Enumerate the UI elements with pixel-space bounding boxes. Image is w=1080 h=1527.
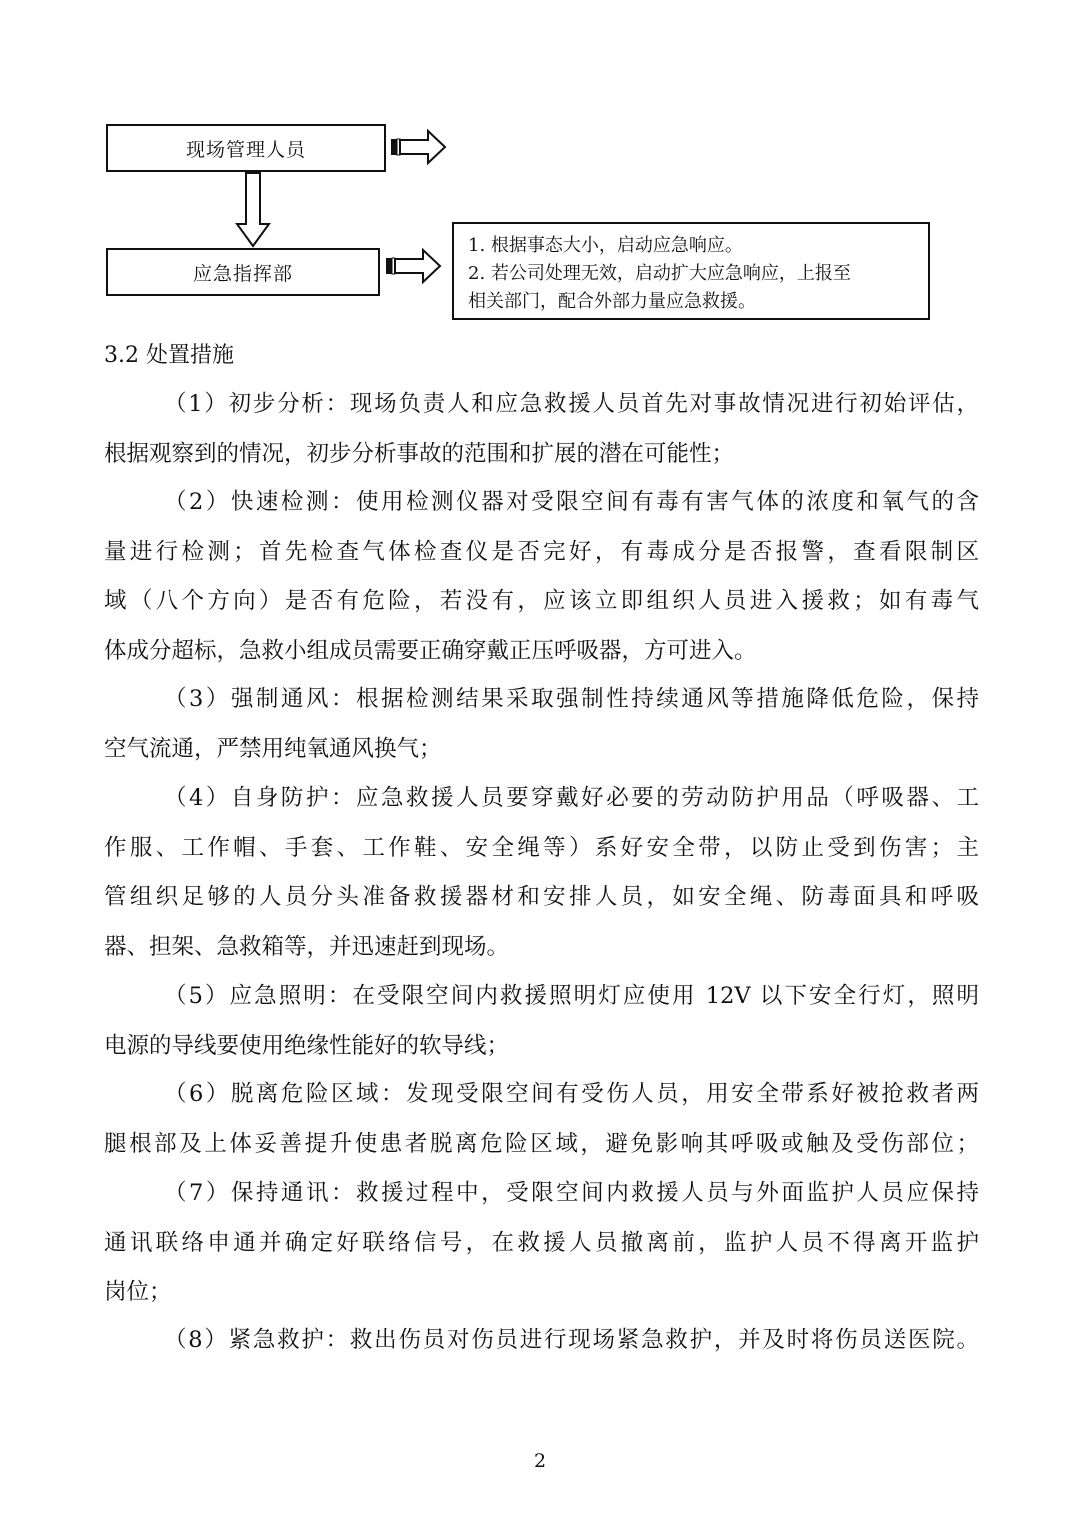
note-line: 相关部门，配合外部力量应急救援。 (468, 288, 918, 316)
paragraph-line: 根据观察到的情况，初步分析事故的范围和扩展的潜在可能性； (104, 430, 979, 480)
right-arrow-icon (385, 247, 443, 285)
paragraph-line: （1）初步分析：现场负责人和应急救援人员首先对事故情况进行初始评估， (104, 380, 979, 430)
paragraph-line: 量进行检测；首先检查气体检查仪是否完好，有毒成分是否报警，查看限制区 (104, 528, 979, 578)
flowchart-box-label: 现场管理人员 (186, 135, 306, 162)
paragraph-line: 岗位； (104, 1268, 979, 1318)
page-number: 2 (0, 1450, 1080, 1472)
paragraph-line: 空气流通，严禁用纯氧通风换气； (104, 725, 979, 775)
note-line: 1. 根据事态大小，启动应急响应。 (468, 232, 918, 260)
flowchart-box-emergency-command: 应急指挥部 (106, 248, 380, 296)
paragraph-line: （4）自身防护：应急救援人员要穿戴好必要的劳动防护用品（呼吸器、工 (104, 774, 979, 824)
paragraph-line: 域（八个方向）是否有危险，若没有，应该立即组织人员进入援救；如有毒气 (104, 577, 979, 627)
paragraph-3: （3）强制通风：根据检测结果采取强制性持续通风等措施降低危险，保持 空气流通，严… (104, 675, 979, 774)
paragraph-8: （8）紧急救护：救出伤员对伤员进行现场紧急救护，并及时将伤员送医院。 (104, 1316, 979, 1366)
paragraph-line: 腿根部及上体妥善提升使患者脱离危险区域，避免影响其呼吸或触及受伤部位； (104, 1120, 979, 1170)
paragraph-line: 管组织足够的人员分头准备救援器材和安排人员，如安全绳、防毒面具和呼吸 (104, 873, 979, 923)
paragraph-line: （8）紧急救护：救出伤员对伤员进行现场紧急救护，并及时将伤员送医院。 (104, 1316, 979, 1366)
paragraph-line: （6）脱离危险区域：发现受限空间有受伤人员，用安全带系好被抢救者两 (104, 1070, 979, 1120)
paragraph-line: （2）快速检测：使用检测仪器对受限空间有毒有害气体的浓度和氧气的含 (104, 478, 979, 528)
right-arrow-icon (390, 128, 448, 166)
flowchart-box-label: 应急指挥部 (193, 259, 293, 286)
document-page: 现场管理人员 应急指挥部 1. 根据事态大小，启动应急响应。 2. 若公司处理无… (0, 0, 1080, 1527)
paragraph-7: （7）保持通讯：救援过程中，受限空间内救援人员与外面监护人员应保持 通讯联络申通… (104, 1169, 979, 1318)
section-heading: 3.2 处置措施 (104, 338, 234, 369)
paragraph-line: （5）应急照明：在受限空间内救援照明灯应使用 12V 以下安全行灯，照明 (104, 972, 979, 1022)
flowchart-box-site-manager: 现场管理人员 (106, 124, 386, 172)
paragraph-line: 通讯联络申通并确定好联络信号，在救援人员撤离前，监护人员不得离开监护 (104, 1219, 979, 1269)
down-arrow-icon (234, 172, 272, 248)
paragraph-line: （3）强制通风：根据检测结果采取强制性持续通风等措施降低危险，保持 (104, 675, 979, 725)
paragraph-2: （2）快速检测：使用检测仪器对受限空间有毒有害气体的浓度和氧气的含 量进行检测；… (104, 478, 979, 676)
paragraph-1: （1）初步分析：现场负责人和应急救援人员首先对事故情况进行初始评估， 根据观察到… (104, 380, 979, 479)
paragraph-line: 器、担架、急救箱等，并迅速赶到现场。 (104, 923, 979, 973)
paragraph-line: 电源的导线要使用绝缘性能好的软导线； (104, 1022, 979, 1072)
paragraph-line: 作服、工作帽、手套、工作鞋、安全绳等）系好安全带，以防止受到伤害；主 (104, 824, 979, 874)
paragraph-line: （7）保持通讯：救援过程中，受限空间内救援人员与外面监护人员应保持 (104, 1169, 979, 1219)
paragraph-6: （6）脱离危险区域：发现受限空间有受伤人员，用安全带系好被抢救者两 腿根部及上体… (104, 1070, 979, 1169)
note-line: 2. 若公司处理无效，启动扩大应急响应，上报至 (468, 260, 918, 288)
flowchart-note-box: 1. 根据事态大小，启动应急响应。 2. 若公司处理无效，启动扩大应急响应，上报… (452, 222, 930, 320)
paragraph-line: 体成分超标，急救小组成员需要正确穿戴正压呼吸器，方可进入。 (104, 627, 979, 677)
paragraph-5: （5）应急照明：在受限空间内救援照明灯应使用 12V 以下安全行灯，照明 电源的… (104, 972, 979, 1071)
paragraph-4: （4）自身防护：应急救援人员要穿戴好必要的劳动防护用品（呼吸器、工 作服、工作帽… (104, 774, 979, 972)
